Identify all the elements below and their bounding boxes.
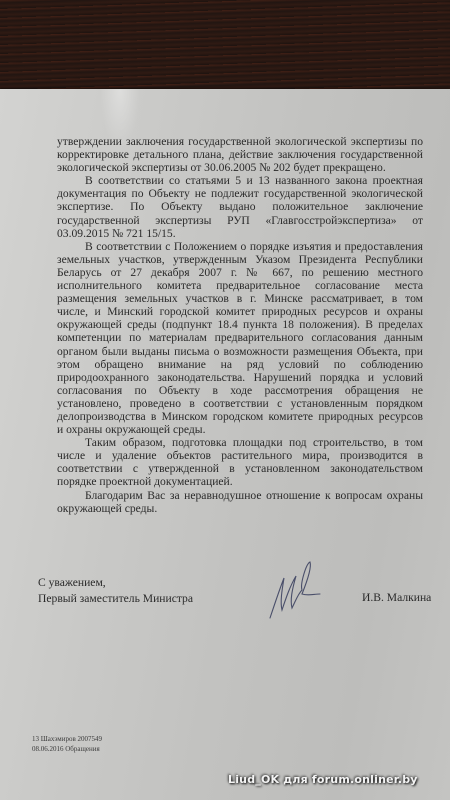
- text-line: установлено, проведено в соответствии с …: [57, 397, 423, 410]
- text-line: 03.09.2015 № 721 15/15.: [57, 227, 423, 240]
- text-line: В соответствии со статьями 5 и 13 назван…: [57, 174, 423, 187]
- text-line: размещения земельных участков в г. Минск…: [57, 292, 423, 305]
- text-line: исполнительного комитета предварительное…: [57, 279, 423, 292]
- text-line: порядке проектной документацией.: [57, 475, 423, 488]
- text-line: утверждении заключения государственной э…: [57, 135, 423, 148]
- text-line: этом обращено внимание на ряд условий по…: [57, 358, 423, 371]
- signer-name: И.В. Малкина: [362, 591, 431, 604]
- text-line: документация по Объекту не подлежит госу…: [57, 187, 423, 200]
- paragraph: Благодарим Вас за неравнодушное отношени…: [57, 489, 423, 515]
- signature-icon: [262, 560, 322, 620]
- text-line: окружающей среды.: [57, 502, 423, 515]
- text-line: экспертизе. По Объекту выдано положитель…: [57, 200, 423, 213]
- text-line: окружающей среды (подпункт 18.4 пункта 1…: [57, 318, 423, 331]
- text-line: Беларусь от 27 декабря 2007 г. № 667, по…: [57, 266, 423, 279]
- text-line: Благодарим Вас за неравнодушное отношени…: [57, 489, 423, 502]
- document-body: утверждении заключения государственной э…: [57, 135, 423, 515]
- text-line: числе, и Минский городской комитет приро…: [57, 305, 423, 318]
- text-line: и охраны окружающей среды.: [57, 423, 423, 436]
- paragraph: В соответствии с Положением о порядке из…: [57, 240, 423, 436]
- text-line: согласования по Объекту в ходе рассмотре…: [57, 384, 423, 397]
- watermark: Liud_OK для forum.onliner.by: [228, 773, 418, 786]
- paragraph: Таким образом, подготовка площадки под с…: [57, 436, 423, 488]
- footer-executor-line: 13 Шахэмиров 2007549: [32, 735, 102, 745]
- paragraph: утверждении заключения государственной э…: [57, 135, 423, 174]
- footer-date-line: 08.06.2016 Обращения: [32, 745, 102, 755]
- text-line: земельных участков, утвержденным Указом …: [57, 253, 423, 266]
- text-line: государственной экспертизы РУП «Главгосс…: [57, 214, 423, 227]
- salutation: С уважением,: [38, 575, 438, 591]
- text-line: Таким образом, подготовка площадки под с…: [57, 436, 423, 449]
- footer-note: 13 Шахэмиров 2007549 08.06.2016 Обращени…: [32, 735, 102, 754]
- text-line: органом были выданы письма о возможности…: [57, 345, 423, 358]
- text-line: соответствии с утвержденной в установлен…: [57, 462, 423, 475]
- wooden-table-background: [0, 0, 450, 95]
- text-line: природоохранного законодательства. Наруш…: [57, 371, 423, 384]
- paragraph: В соответствии со статьями 5 и 13 назван…: [57, 174, 423, 239]
- text-line: числе и удаление объектов растительного …: [57, 449, 423, 462]
- text-line: экологической экспертизы от 30.06.2005 №…: [57, 161, 423, 174]
- text-line: делопроизводства в Минском городском ком…: [57, 410, 423, 423]
- text-line: корректировке детального плана, действие…: [57, 148, 423, 161]
- text-line: компетенции по материалам предварительно…: [57, 331, 423, 344]
- text-line: В соответствии с Положением о порядке из…: [57, 240, 423, 253]
